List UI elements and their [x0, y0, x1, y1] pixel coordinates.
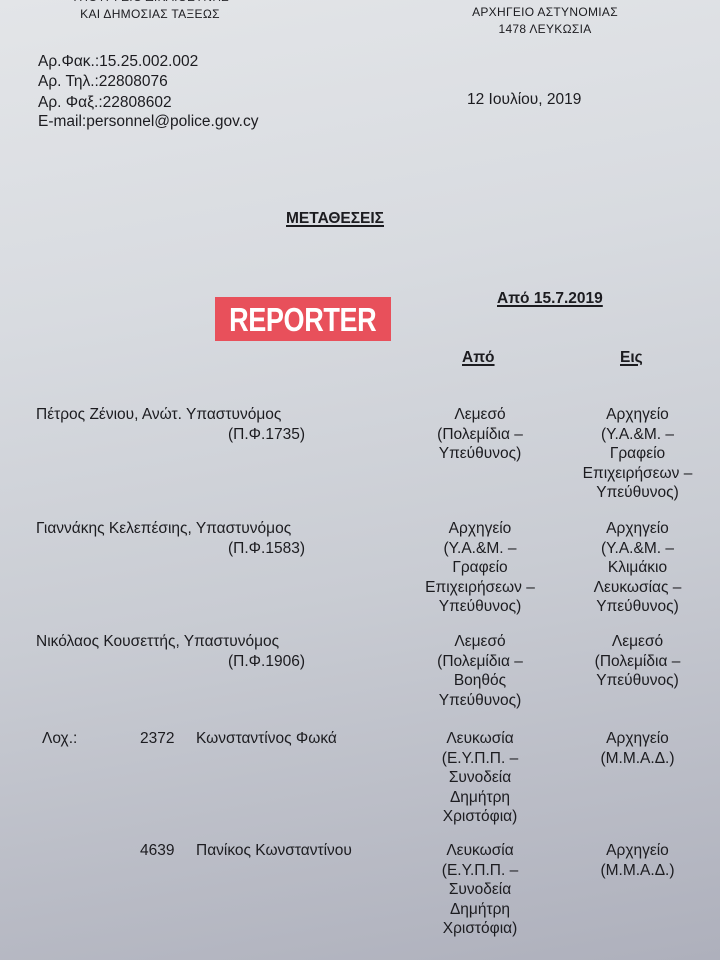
- reporter-watermark: REPORTER: [215, 297, 391, 341]
- effective-date: Από 15.7.2019: [497, 289, 603, 308]
- officer-name: Νικόλαος Κουσεττής, Υπαστυνόμος: [36, 632, 279, 651]
- document-title: ΜΕΤΑΘΕΣΕΙΣ: [286, 209, 384, 228]
- transfer-from: Αρχηγείο (Υ.Α.&Μ. – Γραφείο Επιχειρήσεων…: [410, 519, 550, 617]
- hq-address: 1478 ΛΕΥΚΩΣΙΑ: [450, 22, 640, 37]
- transfer-to: Αρχηγείο (Μ.Μ.Α.Δ.): [565, 729, 710, 768]
- transfer-from: Λευκωσία (Ε.Υ.Π.Π. – Συνοδεία Δημήτρη Χρ…: [410, 729, 550, 827]
- sergeant-name: Κωνσταντίνος Φωκά: [196, 729, 337, 748]
- transfer-to: Αρχηγείο (Μ.Μ.Α.Δ.): [565, 841, 710, 880]
- file-number: Αρ.Φακ.:15.25.002.002: [38, 52, 198, 71]
- officer-id: (Π.Φ.1583): [228, 539, 305, 558]
- document-date: 12 Ιουλίου, 2019: [467, 90, 581, 109]
- transfer-from: Λεμεσό (Πολεμίδια – Υπεύθυνος): [410, 405, 550, 464]
- transfer-from: Λεμεσό (Πολεμίδια – Βοηθός Υπεύθυνος): [410, 632, 550, 710]
- rank-label: Λοχ.:: [42, 729, 77, 748]
- sergeant-name: Πανίκος Κωνσταντίνου: [196, 841, 352, 860]
- ministry-line-2: ΚΑΙ ΔΗΜΟΣΙΑΣ ΤΑΞΕΩΣ: [50, 7, 250, 22]
- ministry-line-1-clipped: ΥΠΟΥΡΓΕΙΟ ΔΙΚΑΙΟΣΥΝΗΣ: [50, 0, 250, 5]
- transfer-to: Αρχηγείο (Υ.Α.&Μ. – Γραφείο Επιχειρήσεων…: [565, 405, 710, 503]
- sergeant-number: 2372: [140, 729, 174, 748]
- officer-id: (Π.Φ.1735): [228, 425, 305, 444]
- watermark-text: REPORTER: [229, 303, 376, 336]
- hq-name: ΑΡΧΗΓΕΙΟ ΑΣΤΥΝΟΜΙΑΣ: [450, 5, 640, 20]
- telephone: Αρ. Τηλ.:22808076: [38, 72, 168, 91]
- transfer-to: Αρχηγείο (Υ.Α.&Μ. – Κλιμάκιο Λευκωσίας –…: [565, 519, 710, 617]
- officer-name: Γιαννάκης Κελεπέσιης, Υπαστυνόμος: [36, 519, 291, 538]
- column-header-to: Εις: [620, 348, 643, 367]
- transfer-from: Λευκωσία (Ε.Υ.Π.Π. – Συνοδεία Δημήτρη Χρ…: [410, 841, 550, 939]
- officer-id: (Π.Φ.1906): [228, 652, 305, 671]
- sergeant-number: 4639: [140, 841, 174, 860]
- transfer-to: Λεμεσό (Πολεμίδια – Υπεύθυνος): [565, 632, 710, 691]
- column-header-from: Από: [462, 348, 495, 367]
- officer-name: Πέτρος Ζένιου, Ανώτ. Υπαστυνόμος: [36, 405, 281, 424]
- fax: Αρ. Φαξ.:22808602: [38, 93, 172, 112]
- email: E-mail:personnel@police.gov.cy: [38, 112, 259, 131]
